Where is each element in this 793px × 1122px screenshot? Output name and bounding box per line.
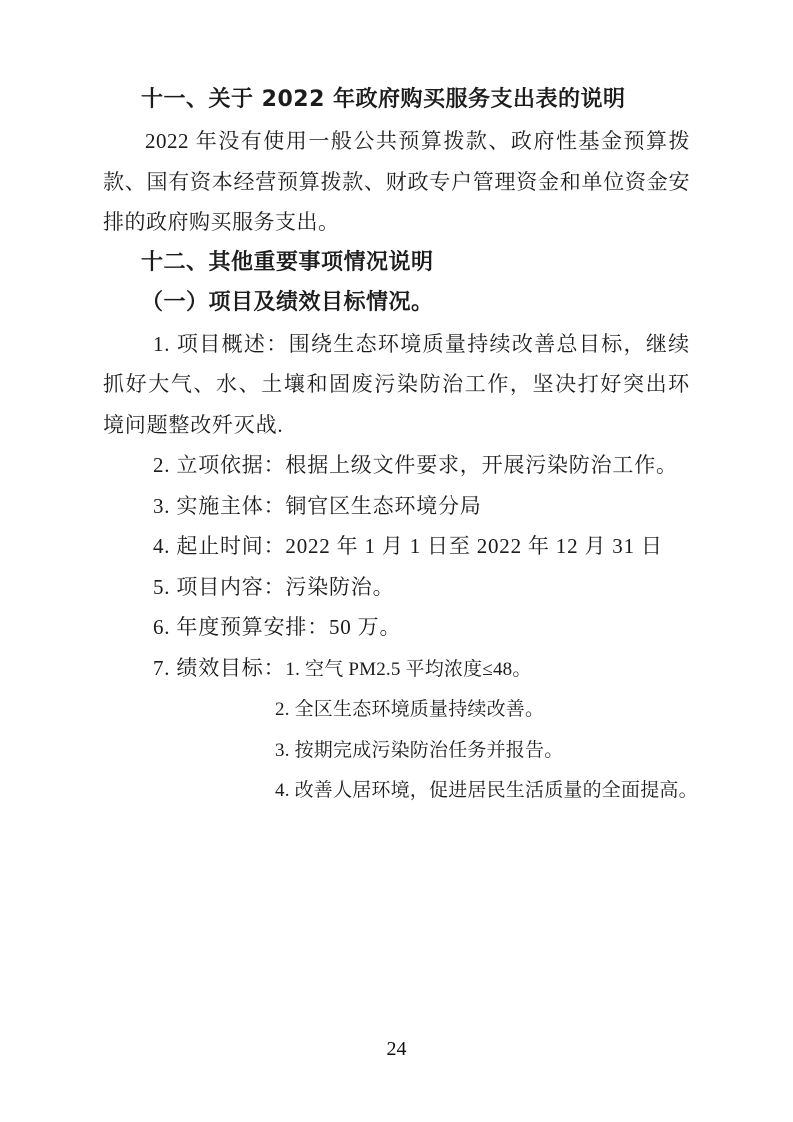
list-item-project-content: 5. 项目内容：污染防治。 xyxy=(103,567,690,608)
performance-goal-1: 1. 空气 PM2.5 平均浓度≤48。 xyxy=(285,659,531,680)
performance-goal-4: 4. 改善人居环境，促进居民生活质量的全面提高。 xyxy=(103,771,690,812)
list-item-project-basis: 2. 立项依据：根据上级文件要求，开展污染防治工作。 xyxy=(103,445,690,486)
section-12-heading: 十二、其他重要事项情况说明 xyxy=(103,243,690,284)
list-item-annual-budget: 6. 年度预算安排：50 万。 xyxy=(103,607,690,648)
performance-goal-3: 3. 按期完成污染防治任务并报告。 xyxy=(103,731,690,772)
section-11-paragraph: 2022 年没有使用一般公共预算拨款、政府性基金预算拨款、国有资本经营预算拨款、… xyxy=(103,121,690,243)
document-content: 十一、关于 2022 年政府购买服务支出表的说明 2022 年没有使用一般公共预… xyxy=(0,0,793,812)
performance-goal-2: 2. 全区生态环境质量持续改善。 xyxy=(103,690,690,731)
subsection-1-heading: （一）项目及绩效目标情况。 xyxy=(103,283,690,324)
list-item-performance-goals: 7. 绩效目标：1. 空气 PM2.5 平均浓度≤48。 xyxy=(103,648,690,691)
performance-goals-label: 7. 绩效目标： xyxy=(153,656,285,680)
page-number: 24 xyxy=(0,1034,793,1064)
list-item-project-overview: 1. 项目概述：围绕生态环境质量持续改善总目标，继续抓好大气、水、土壤和固废污染… xyxy=(103,324,690,446)
list-item-time-range: 4. 起止时间：2022 年 1 月 1 日至 2022 年 12 月 31 日 xyxy=(103,526,690,567)
document-page: 十一、关于 2022 年政府购买服务支出表的说明 2022 年没有使用一般公共预… xyxy=(0,0,793,1122)
section-11-heading: 十一、关于 2022 年政府购买服务支出表的说明 xyxy=(103,79,690,121)
list-item-implementing-body: 3. 实施主体：铜官区生态环境分局 xyxy=(103,486,690,527)
